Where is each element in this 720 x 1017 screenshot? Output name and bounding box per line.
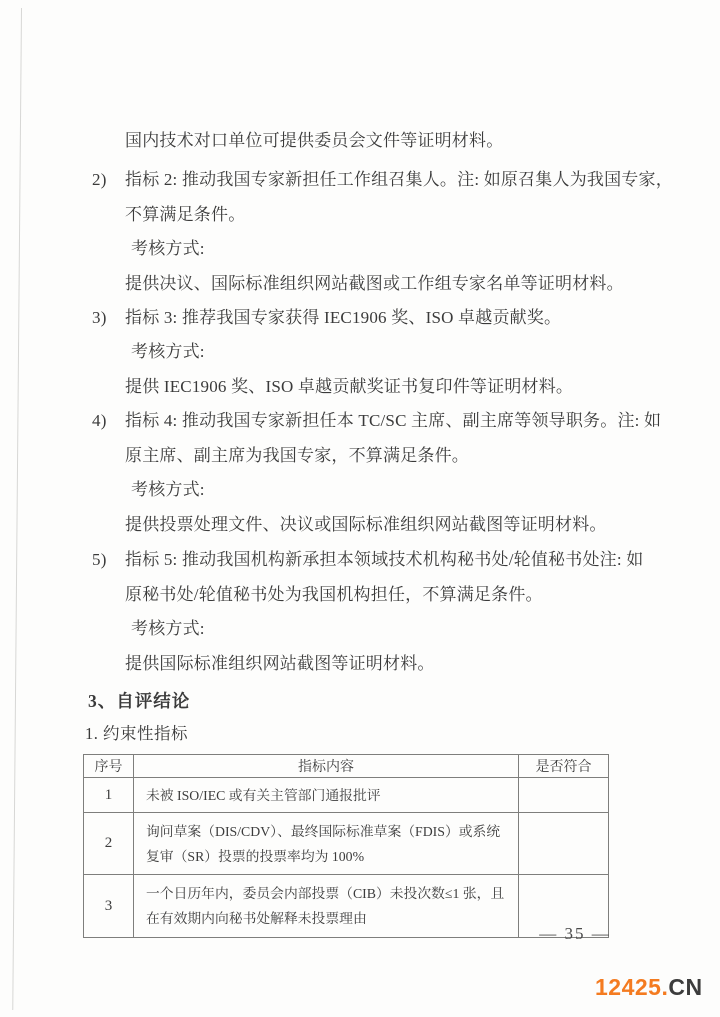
table-row: 2 询问草案（DIS/CDV）、最终国际标准草案（FDIS）或系统复审（SR）投… <box>84 813 609 875</box>
item-number: 4) <box>92 409 125 433</box>
scan-fold-line <box>12 8 22 1010</box>
item-number: 5) <box>92 548 125 572</box>
conformance-cell <box>519 778 609 813</box>
subsection-heading-binding-indicators: 1. 约束性指标 <box>85 722 188 746</box>
list-item-indicator-5: 5)指标 5: 推动我国机构新承担本领域技术机构秘书处/轮值秘书处注: 如 <box>92 548 643 572</box>
watermark-brand: 12425. <box>595 974 668 1000</box>
conformance-cell <box>519 813 609 875</box>
column-header-indicator-content: 指标内容 <box>134 755 519 778</box>
row-index-cell: 1 <box>84 778 134 813</box>
evidence-materials-text: 提供国际标准组织网站截图等证明材料。 <box>125 652 435 676</box>
item-text-continuation: 原主席、副主席为我国专家，不算满足条件。 <box>125 444 469 468</box>
item-text: 指标 2: 推动我国专家新担任工作组召集人。注: 如原召集人为我国专家， <box>125 170 673 189</box>
column-header-index: 序号 <box>84 755 134 778</box>
binding-indicators-table: 序号 指标内容 是否符合 1 未被 ISO/IEC 或有关主管部门通报批评 2 … <box>83 754 609 938</box>
list-item-indicator-2: 2)指标 2: 推动我国专家新担任工作组召集人。注: 如原召集人为我国专家， <box>92 168 673 192</box>
assessment-method-label: 考核方式: <box>131 617 205 641</box>
item-text: 指标 3: 推荐我国专家获得 IEC1906 奖、ISO 卓越贡献奖。 <box>125 308 561 327</box>
indicator-content-cell: 未被 ISO/IEC 或有关主管部门通报批评 <box>134 778 519 813</box>
item-text-continuation: 原秘书处/轮值秘书处为我国机构担任，不算满足条件。 <box>125 583 543 607</box>
page-number: — 35 — <box>523 922 627 946</box>
item-text-continuation: 不算满足条件。 <box>125 203 245 227</box>
row-index-cell: 2 <box>84 813 134 875</box>
section-heading-self-evaluation: 3、自评结论 <box>88 688 190 714</box>
site-watermark: 12425.CN <box>595 974 703 1001</box>
paragraph-continuation: 国内技术对口单位可提供委员会文件等证明材料。 <box>125 129 503 153</box>
column-header-conformance: 是否符合 <box>519 755 609 778</box>
item-text: 指标 4: 推动我国专家新担任本 TC/SC 主席、副主席等领导职务。注: 如 <box>125 411 661 430</box>
table-header-row: 序号 指标内容 是否符合 <box>84 755 609 778</box>
indicator-content-cell: 一个日历年内，委员会内部投票（CIB）未投次数≤1 张，且在有效期内向秘书处解释… <box>134 875 519 938</box>
list-item-indicator-3: 3)指标 3: 推荐我国专家获得 IEC1906 奖、ISO 卓越贡献奖。 <box>92 306 561 330</box>
indicator-content-cell: 询问草案（DIS/CDV）、最终国际标准草案（FDIS）或系统复审（SR）投票的… <box>134 813 519 875</box>
scanned-document-page: 国内技术对口单位可提供委员会文件等证明材料。 2)指标 2: 推动我国专家新担任… <box>0 0 720 1017</box>
evidence-materials-text: 提供 IEC1906 奖、ISO 卓越贡献奖证书复印件等证明材料。 <box>125 375 573 399</box>
evidence-materials-text: 提供决议、国际标准组织网站截图或工作组专家名单等证明材料。 <box>125 272 624 296</box>
list-item-indicator-4: 4)指标 4: 推动我国专家新担任本 TC/SC 主席、副主席等领导职务。注: … <box>92 409 661 433</box>
watermark-tld: CN <box>668 974 702 1000</box>
item-number: 3) <box>92 306 125 330</box>
assessment-method-label: 考核方式: <box>131 478 205 502</box>
row-index-cell: 3 <box>84 875 134 938</box>
assessment-method-label: 考核方式: <box>131 340 205 364</box>
assessment-method-label: 考核方式: <box>131 237 205 261</box>
item-text: 指标 5: 推动我国机构新承担本领域技术机构秘书处/轮值秘书处注: 如 <box>125 550 643 569</box>
item-number: 2) <box>92 168 125 192</box>
table-row: 1 未被 ISO/IEC 或有关主管部门通报批评 <box>84 778 609 813</box>
evidence-materials-text: 提供投票处理文件、决议或国际标准组织网站截图等证明材料。 <box>125 513 607 537</box>
